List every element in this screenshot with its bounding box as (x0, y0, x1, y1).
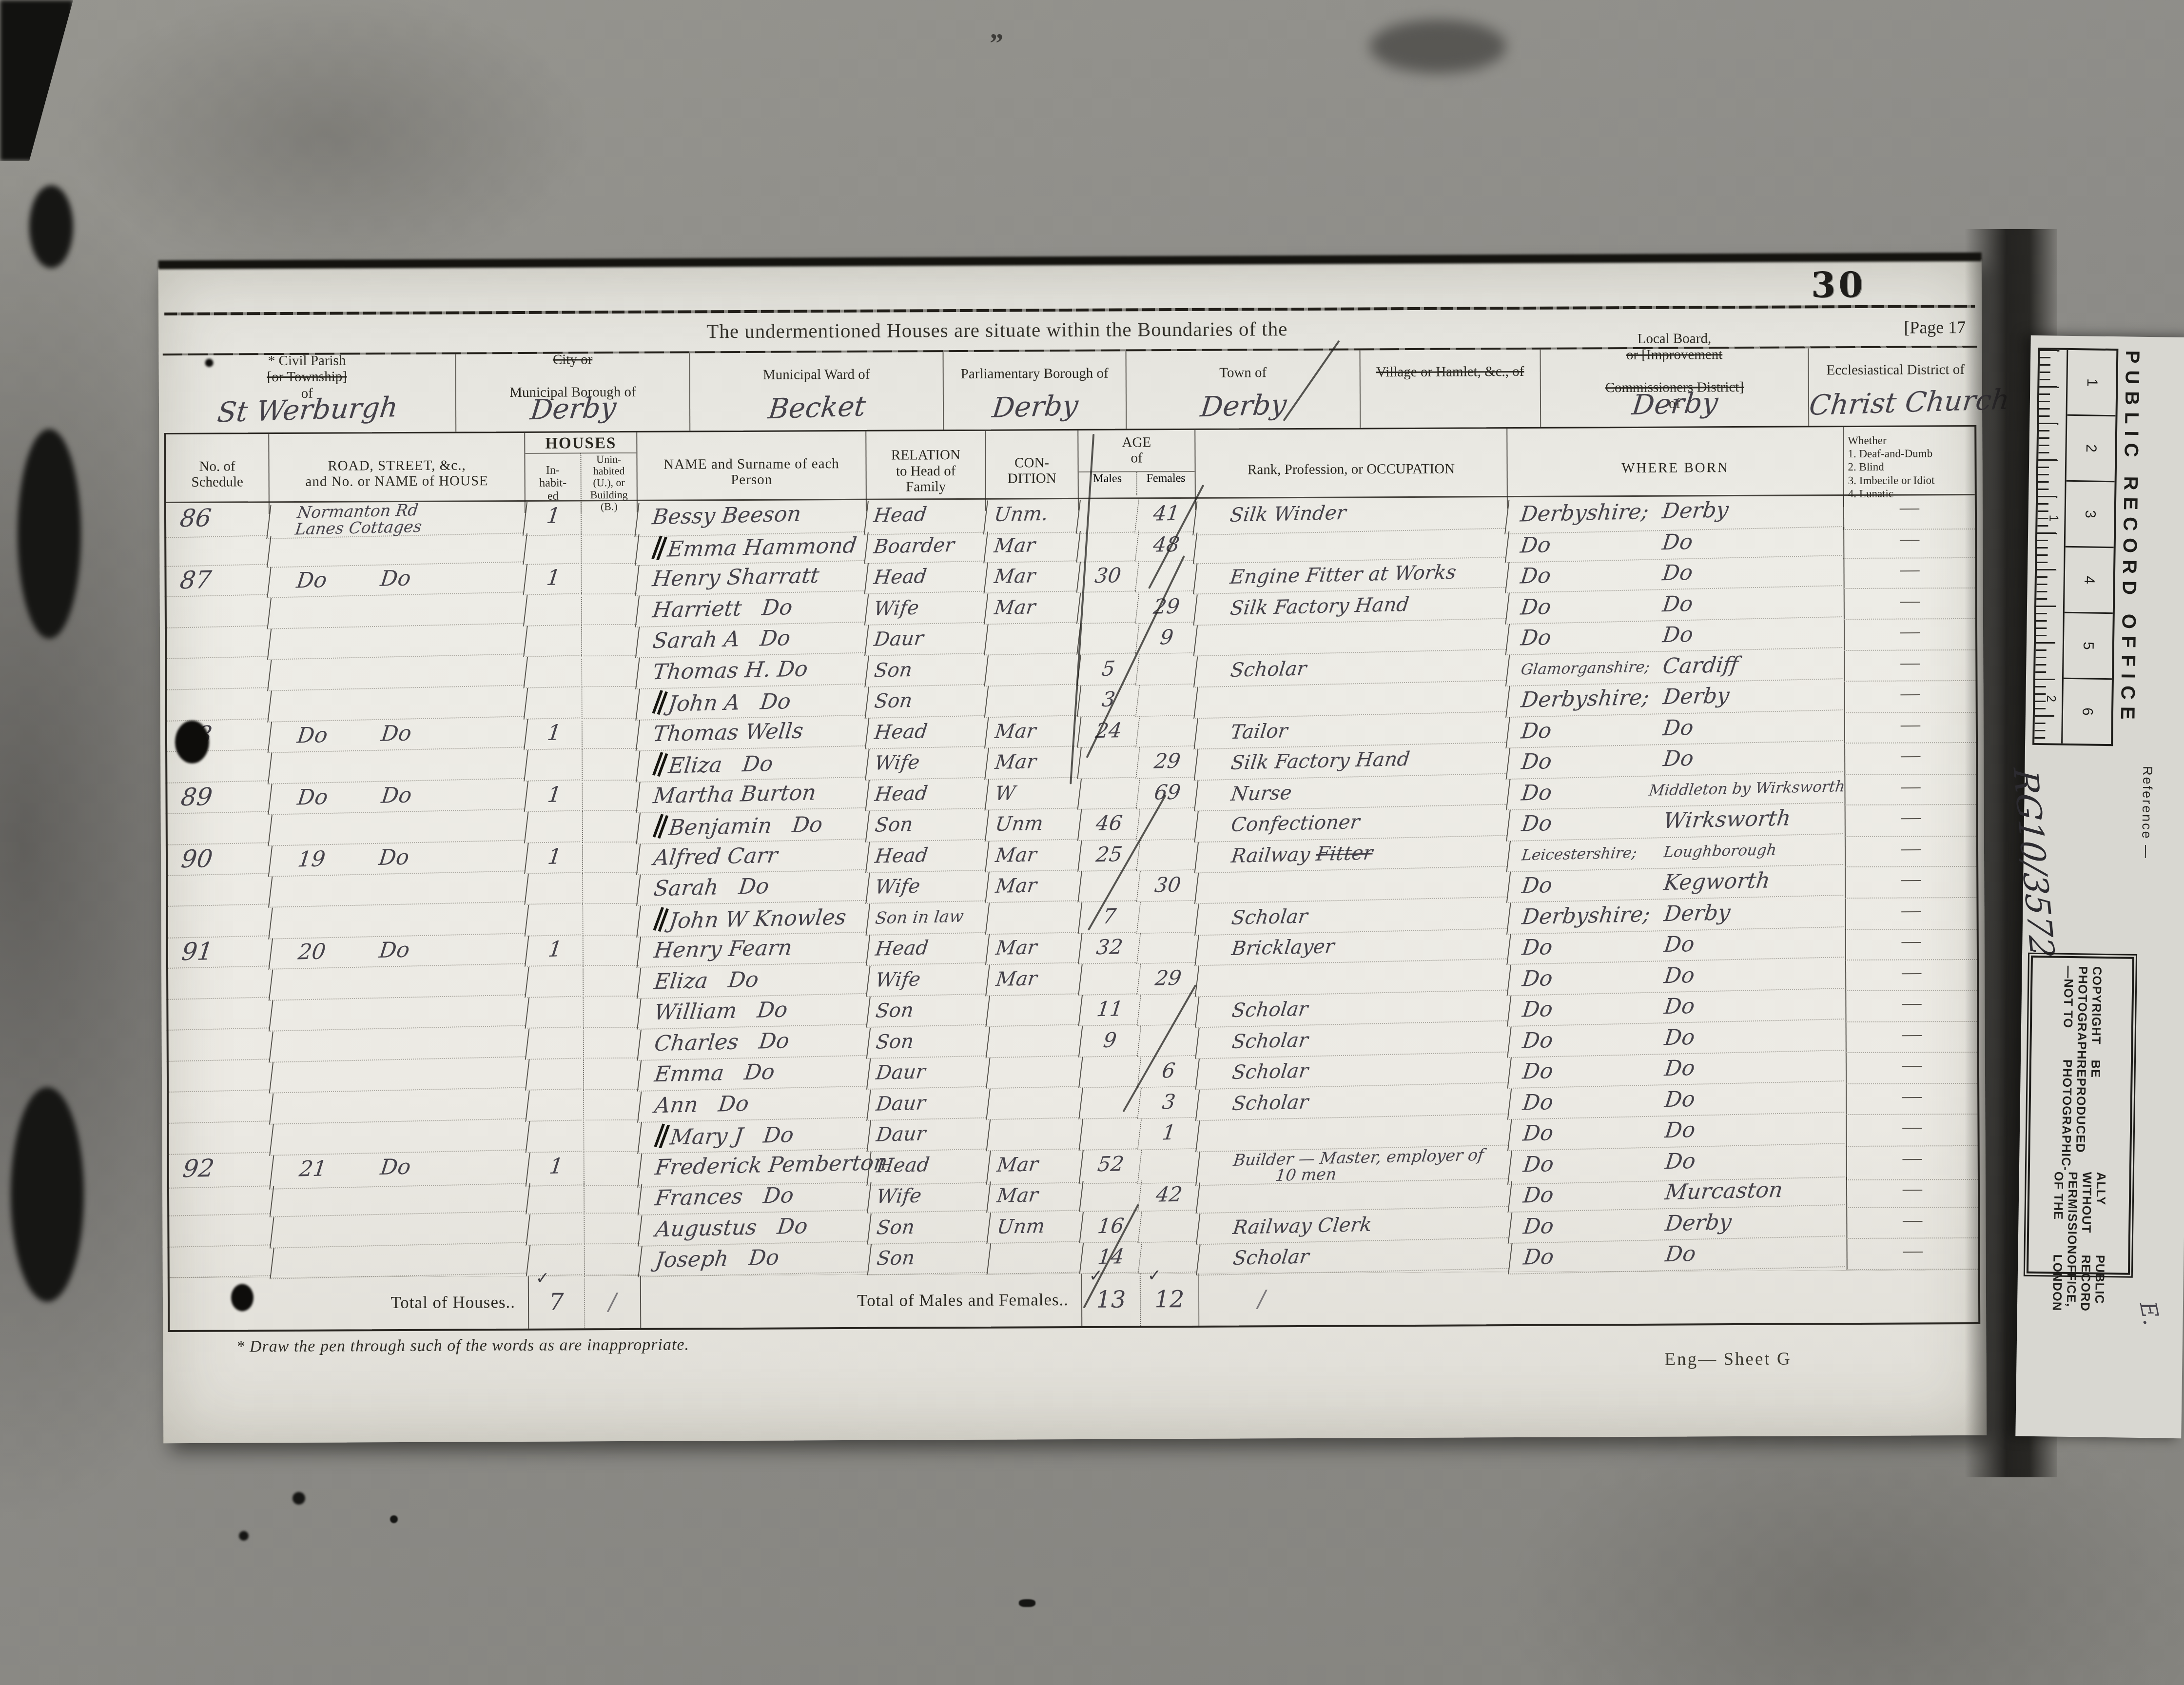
photo-artifact (29, 185, 73, 268)
occupation-line: Nurse (1229, 773, 1510, 808)
cell-relation: Son (867, 1242, 991, 1275)
header-line: 3. Imbecile or Idiot (1848, 473, 1974, 487)
total-houses-value: 7✓ (528, 1276, 584, 1329)
cell-name: ∥Emma Hammond (635, 529, 868, 566)
geo-field-value: Becket (688, 391, 945, 432)
born-county: Do (1507, 745, 1665, 779)
cell-schedule (165, 595, 271, 628)
born-county: Do (1508, 1023, 1666, 1057)
cell-condition: Mar (984, 560, 1080, 593)
cell-inhabited (524, 686, 584, 720)
cell-condition: Mar (983, 529, 1080, 563)
copyright-line: PUBLIC RECORD OFFICE, LONDON (2049, 1254, 2107, 1312)
road-part: Do (377, 936, 411, 966)
col-males: Males (1079, 472, 1136, 496)
header-line: habit- (526, 477, 581, 490)
cell-condition: Mar (986, 1179, 1083, 1213)
photo-artifact (11, 1087, 84, 1302)
cell-road (267, 654, 527, 691)
totals-check: / (1198, 1270, 1978, 1325)
photo-speck (239, 1531, 249, 1541)
cell-relation: Son (865, 808, 989, 842)
cell-inhabited (525, 996, 585, 1028)
cell-relation: Wife (866, 963, 989, 997)
ruler-cm-number: 3 (2082, 510, 2098, 518)
header-line: AGE (1078, 435, 1194, 451)
cell-relation: Son (866, 994, 989, 1028)
cell-age-males (1077, 870, 1140, 902)
household-end-mark: ∥ (648, 687, 668, 718)
cell-name: Augustus Do (638, 1210, 871, 1246)
header-line: to Head of (868, 463, 984, 480)
photo-speck (292, 1492, 305, 1505)
cell-name: Henry Fearn (637, 932, 870, 968)
cell-inhabited: 1 (523, 501, 583, 536)
road-part: Do (296, 783, 330, 813)
cell-whether: — (1844, 774, 1976, 805)
cell-whether: — (1846, 1145, 1978, 1180)
cell-age-females (1136, 839, 1198, 871)
total-males-value: 13✓ (1081, 1274, 1140, 1326)
header-line: and No. or NAME of HOUSE (271, 473, 524, 490)
cell-condition: Mar (985, 963, 1082, 996)
cell-relation: Head (865, 839, 989, 873)
ruler-cm-number: 2 (2083, 444, 2099, 452)
cell-uninhabited (581, 625, 637, 656)
cell-whether: — (1844, 619, 1975, 651)
cell-schedule (164, 533, 271, 567)
geo-field-label: Municipal Ward of (690, 352, 943, 395)
cell-age-males (1076, 498, 1139, 534)
geo-label-segment: City or (456, 351, 689, 368)
cell-uninhabited (584, 1151, 640, 1186)
household-end-mark: ∥ (650, 1121, 670, 1152)
cell-name: Charles Do (637, 1024, 870, 1060)
cell-condition: Mar (984, 746, 1081, 780)
occupation-line: Scholar (1230, 1083, 1511, 1118)
born-place: Murcaston (1663, 1174, 1849, 1208)
cell-uninhabited (582, 873, 638, 904)
cell-inhabited (525, 1027, 585, 1059)
header-line: 2. Blind (1848, 460, 1974, 473)
cell-whether: — (1846, 1207, 1978, 1239)
ruler: 1 2 123456 (2032, 348, 2118, 746)
cell-condition: Mar (985, 839, 1081, 872)
occupation-line: Engine Fitter at Works (1228, 557, 1509, 592)
born-county: Do (1507, 806, 1665, 841)
cell-name: Frances Do (638, 1179, 871, 1215)
cell-inhabited: 1 (524, 718, 584, 750)
totals-slash-mark: / (584, 1275, 640, 1328)
table-body: 86Normanton RdLanes Cottages1Bessy Beeso… (166, 495, 1978, 1330)
cell-name: ∥Mary J Do (637, 1117, 871, 1154)
age-subcolumns: MalesFemales (1079, 471, 1195, 496)
cell-whether: — (1846, 1021, 1977, 1053)
cell-schedule (167, 1090, 273, 1123)
cell-relation: Son in law (865, 901, 989, 935)
occupation-line: Silk Factory Hand (1229, 743, 1510, 778)
cell-relation: Head (866, 932, 989, 966)
occupation-line: Silk Factory Hand (1228, 588, 1509, 623)
cell-road (269, 1088, 529, 1124)
cell-schedule: 90 (166, 842, 272, 876)
cell-age-males (1078, 1087, 1141, 1119)
cell-age-males (1079, 1117, 1141, 1151)
cell-name: Sarah A Do (635, 622, 869, 658)
born-county: Glamorganshire; (1506, 652, 1664, 685)
cell-uninhabited (581, 501, 637, 536)
cell-road (269, 995, 529, 1031)
cell-uninhabited (583, 1120, 639, 1153)
geo-field-label: Parliamentary Borough of (944, 352, 1126, 394)
header-line: WHERE BORN (1509, 459, 1842, 476)
cell-schedule (167, 1121, 273, 1155)
geo-label-segment: Village or Hamlet, &c., of (1361, 364, 1540, 381)
born-county: Do (1506, 590, 1664, 623)
cell-road (267, 592, 527, 629)
ruler-cm-cell: 2 (2067, 416, 2116, 482)
cell-uninhabited (581, 532, 637, 564)
geo-field-value: Derby (454, 392, 691, 433)
pro-office-label: PUBLIC RECORD OFFICE (2116, 350, 2143, 746)
cell-inhabited (524, 810, 584, 843)
born-place: Do (1664, 1236, 1849, 1270)
age-title: AGEof (1078, 430, 1194, 471)
struck-word: Fitter (1315, 842, 1374, 865)
cell-name: ∥Eliza Do (636, 746, 869, 783)
cell-uninhabited (584, 1244, 640, 1275)
occupation-line: Scholar (1230, 897, 1511, 932)
geography-header-band: * Civil Parish [or Township] ofSt Werbur… (159, 348, 1983, 433)
header-line: Unin- (581, 453, 636, 466)
cell-relation: Head (864, 561, 988, 594)
born-place: Do (1662, 926, 1848, 960)
cell-age-females: 29 (1135, 591, 1197, 623)
born-place: Cardiff (1661, 648, 1846, 682)
cell-uninhabited (583, 997, 639, 1028)
cell-condition (984, 653, 1080, 686)
occupation-line: Railway Fitter (1229, 835, 1510, 870)
cell-inhabited (526, 1244, 586, 1276)
cell-condition: W (985, 777, 1081, 810)
road-part: Do (380, 781, 413, 811)
cell-age-females (1137, 994, 1199, 1026)
born-county: Do (1508, 1116, 1667, 1150)
cell-road (267, 623, 527, 660)
born-county: Do (1508, 992, 1666, 1025)
page-label: [Page 17 (1904, 317, 1966, 338)
cell-schedule (168, 1245, 274, 1278)
cell-name: Ann Do (637, 1086, 871, 1122)
cell-whether: — (1845, 867, 1976, 899)
born-place: Kegworth (1662, 864, 1847, 899)
cell-age-females (1137, 1024, 1199, 1057)
cell-name: Alfred Carr (636, 839, 870, 875)
geo-field-label: City orMunicipal Borough of (456, 353, 689, 396)
geo-label-segment: Town of (1127, 365, 1360, 382)
born-place: Derby (1662, 896, 1847, 930)
cell-inhabited (525, 1058, 585, 1090)
cell-age-females (1136, 901, 1199, 934)
divider (164, 305, 1975, 315)
cell-schedule (167, 1214, 273, 1247)
occupation-line: Bricklayer (1230, 928, 1511, 963)
geo-field-value: Christ Church (1807, 387, 1985, 427)
cell-uninhabited (582, 811, 638, 843)
born-county: Do (1508, 1085, 1666, 1118)
household-end-mark: ∥ (647, 533, 668, 564)
cell-relation: Wife (865, 746, 988, 781)
cell-whether: — (1844, 681, 1975, 713)
cell-age-females: 30 (1136, 870, 1198, 902)
cell-uninhabited (583, 1058, 639, 1090)
copyright-line: BE REPRODUCED PHOTOGRAPHIC- (2058, 1059, 2102, 1172)
cell-whether: — (1846, 1176, 1978, 1208)
header-line: RELATION (867, 447, 984, 464)
cell-age-males: 32 (1078, 932, 1140, 964)
cell-inhabited (525, 965, 585, 998)
cell-name: Eliza Do (637, 962, 870, 999)
header-line: In- (526, 464, 581, 477)
cell-whether: — (1845, 898, 1976, 930)
household-end-mark: ∥ (649, 811, 669, 842)
clerk-tally-strokes (158, 259, 1982, 267)
cell-uninhabited (582, 718, 638, 749)
occupation-line: Scholar (1230, 990, 1511, 1025)
cell-condition (985, 901, 1082, 935)
table-header-row: No. ofScheduleROAD, STREET, &c.,and No. … (166, 427, 1975, 503)
occupation-line: Tailor (1229, 711, 1510, 746)
cell-name: Henry Sharratt (635, 560, 868, 596)
geo-label-segment: Local Board, (1540, 330, 1808, 348)
cell-schedule: 87 (165, 564, 271, 597)
cell-road (270, 1242, 530, 1279)
ruler-cm-number: 1 (2084, 378, 2100, 387)
cell-age-females (1136, 808, 1198, 841)
cell-relation: Son (865, 685, 988, 719)
cell-relation: Head (865, 715, 988, 749)
check-mark: ✓ (536, 1268, 550, 1288)
geo-field-label: Ecclesiastical District of (1809, 348, 1982, 391)
born-place: Do (1661, 741, 1847, 775)
road-part: 19 (296, 844, 327, 875)
cell-uninhabited (581, 563, 637, 594)
cell-schedule (167, 1028, 273, 1061)
household-end-mark: ∥ (648, 749, 669, 780)
cell-whether: — (1845, 960, 1977, 991)
cell-schedule (165, 626, 271, 659)
cell-inhabited (524, 748, 584, 782)
cell-road (269, 964, 529, 1000)
cell-relation: Wife (865, 870, 989, 904)
ruler-ticks: 1 2 (2034, 350, 2068, 744)
slip-handwritten-mark: E. (2135, 1299, 2165, 1327)
cell-name: Emma Do (637, 1056, 871, 1092)
copyright-line: ALLY WITHOUT PERMISSION OF THE (2050, 1171, 2107, 1255)
cell-relation: Daur (866, 1087, 990, 1120)
cell-uninhabited (581, 656, 637, 687)
cell-relation: Son (866, 1025, 990, 1058)
road-part: Do (378, 1152, 412, 1186)
born-county: Do (1507, 776, 1651, 809)
cell-condition: Mar (984, 715, 1081, 748)
header-line: Schedule (167, 474, 268, 490)
header-line: habited (582, 465, 637, 477)
born-place: Do (1663, 1050, 1848, 1084)
cell-condition (984, 622, 1080, 655)
cell-age-males: 46 (1077, 808, 1140, 841)
cell-age-females: 42 (1137, 1179, 1200, 1212)
geo-field-label: Village or Hamlet, &c., of (1361, 350, 1540, 392)
geo-label-segment: Ecclesiastical District of (1809, 362, 1982, 379)
cell-name: Martha Burton (636, 777, 869, 813)
occupation-line: Railway Clerk (1231, 1207, 1512, 1242)
born-county: Do (1507, 868, 1665, 901)
geo-field-label: * Civil Parish [or Township] of (159, 354, 455, 398)
cell-schedule: 89 (165, 781, 272, 814)
photo-quote-artifact: ” (990, 28, 1003, 59)
cell-age-females (1135, 560, 1197, 592)
cell-inhabited (525, 1089, 585, 1121)
cell-inhabited (523, 594, 583, 626)
cell-schedule (166, 997, 273, 1030)
cell-schedule (165, 657, 271, 690)
reference-label: Reference — (2139, 766, 2155, 860)
cell-relation: Head (865, 777, 988, 811)
ruler-inch-label: 1 (2046, 514, 2061, 522)
cell-age-males: 7 (1078, 901, 1140, 934)
cell-uninhabited (583, 965, 639, 997)
header-line: ROAD, STREET, &c., (270, 457, 523, 474)
born-county: Do (1506, 528, 1664, 562)
header-line: (U.), or (582, 477, 637, 489)
geo-field-value (1359, 389, 1542, 429)
cell-condition (984, 684, 1081, 718)
cell-age-females: 69 (1136, 777, 1198, 809)
header-line: Whether (1848, 433, 1973, 447)
cell-whether: — (1846, 1115, 1977, 1147)
born-place: Do (1663, 1081, 1848, 1116)
cell-schedule (166, 966, 273, 999)
cell-inhabited: 1 (524, 780, 584, 812)
cell-relation: Daur (866, 1118, 990, 1152)
ruler-cm-cell: 5 (2064, 613, 2113, 680)
header-line: of (1078, 451, 1194, 467)
cell-age-females: 3 (1137, 1086, 1199, 1118)
cell-schedule (166, 811, 272, 845)
cell-whether: — (1843, 526, 1975, 558)
houses-title: HOUSES (525, 432, 636, 454)
geo-field-label: Local Board, or [ImprovementCommissioner… (1541, 348, 1808, 391)
geo-field-5: Village or Hamlet, &c., of (1361, 350, 1541, 428)
occupation-line: Scholar (1230, 1021, 1511, 1056)
header-line: NAME and Surname of each (638, 455, 864, 472)
cell-inhabited: 1 (525, 934, 585, 966)
cell-relation: Boarder (864, 529, 987, 564)
cell-name: Harriett Do (635, 591, 869, 627)
ink-dot (205, 359, 214, 367)
cell-inhabited (525, 903, 585, 937)
cell-condition: Unm. (983, 498, 1080, 534)
copyright-line: COPYRIGHT PHOTOGRAPH—NOT TO (2060, 966, 2104, 1060)
header-line: 1. Deaf-and-Dumb (1848, 447, 1973, 460)
footnote: * Draw the pen through such of the words… (236, 1335, 689, 1356)
born-place: Derby (1661, 679, 1846, 713)
cell-name: ∥John A Do (635, 684, 869, 721)
born-place: Do (1661, 586, 1846, 620)
geo-label-segment: or [Improvement (1541, 346, 1808, 364)
cell-name: ∥Benjamin Do (636, 808, 869, 844)
cell-age-males (1077, 746, 1139, 779)
road-part: Do (295, 721, 329, 751)
cell-road (270, 1212, 530, 1248)
cell-age-males: 52 (1079, 1149, 1142, 1184)
cell-name: ∥John W Knowles (636, 901, 870, 937)
census-table: No. ofScheduleROAD, STREET, &c.,and No. … (164, 425, 1980, 1332)
born-place: Loughborough (1662, 834, 1847, 868)
census-sheet: 30 The undermentioned Houses are situate… (158, 259, 1987, 1443)
photo-speck (390, 1515, 398, 1523)
cell-inhabited (524, 872, 584, 904)
cell-uninhabited (582, 687, 638, 719)
road-part: Do (379, 564, 412, 594)
photo-smudge (1370, 20, 1506, 73)
cell-schedule (167, 1059, 273, 1092)
geo-field-value: Derby (1124, 389, 1362, 431)
cell-road: DoDo (267, 561, 527, 598)
cell-name: Thomas H. Do (635, 653, 869, 689)
geo-label-segment: Parliamentary Borough of (944, 366, 1126, 383)
sheet-note: Eng— Sheet G (1664, 1349, 1791, 1370)
born-county: Do (1506, 621, 1664, 654)
cell-relation: Daur (864, 623, 988, 656)
cell-relation: Son (864, 653, 988, 687)
ruler-cm-scale: 123456 (2063, 350, 2116, 744)
cell-age-males: 9 (1078, 1025, 1141, 1057)
geo-field-0: * Civil Parish [or Township] ofSt Werbur… (159, 354, 457, 433)
header-line: Family (868, 479, 984, 495)
cell-condition (986, 1117, 1082, 1151)
col-females: Females (1136, 472, 1195, 496)
born-county: Leicestershire; (1507, 838, 1665, 871)
cell-age-males (1077, 777, 1140, 809)
cell-age-females (1137, 1148, 1200, 1184)
cell-occupation: Scholar (1196, 1237, 1512, 1275)
header-line: Building (582, 489, 637, 501)
born-place: Do (1661, 617, 1846, 651)
occupation-line: Scholar (1228, 649, 1509, 685)
cell-age-males (1079, 1179, 1141, 1212)
occupation-line: Confectioner (1229, 804, 1510, 839)
cell-condition (986, 1087, 1082, 1120)
cell-whether: — (1846, 1053, 1977, 1084)
cell-condition: Mar (986, 1149, 1083, 1185)
born-county: Do (1508, 930, 1666, 963)
geo-field-value: Derby (942, 391, 1128, 431)
cell-age-females (1135, 715, 1198, 747)
cell-road (269, 1026, 529, 1062)
geo-field-7: Ecclesiastical District ofChrist Church (1809, 348, 1983, 426)
cell-whether: — (1844, 712, 1976, 744)
born-place: Do (1661, 710, 1847, 744)
header-line: Rank, Profession, or OCCUPATION (1197, 461, 1506, 478)
cell-age-females: 29 (1135, 746, 1198, 779)
cell-whether: — (1844, 588, 1975, 620)
cell-inhabited (523, 625, 583, 657)
cell-schedule: 91 (166, 935, 273, 968)
cell-inhabited: 1 (526, 1151, 586, 1187)
pro-reference-slip: 1 2 123456 PUBLIC RECORD OFFICE Referenc… (2015, 335, 2184, 1439)
